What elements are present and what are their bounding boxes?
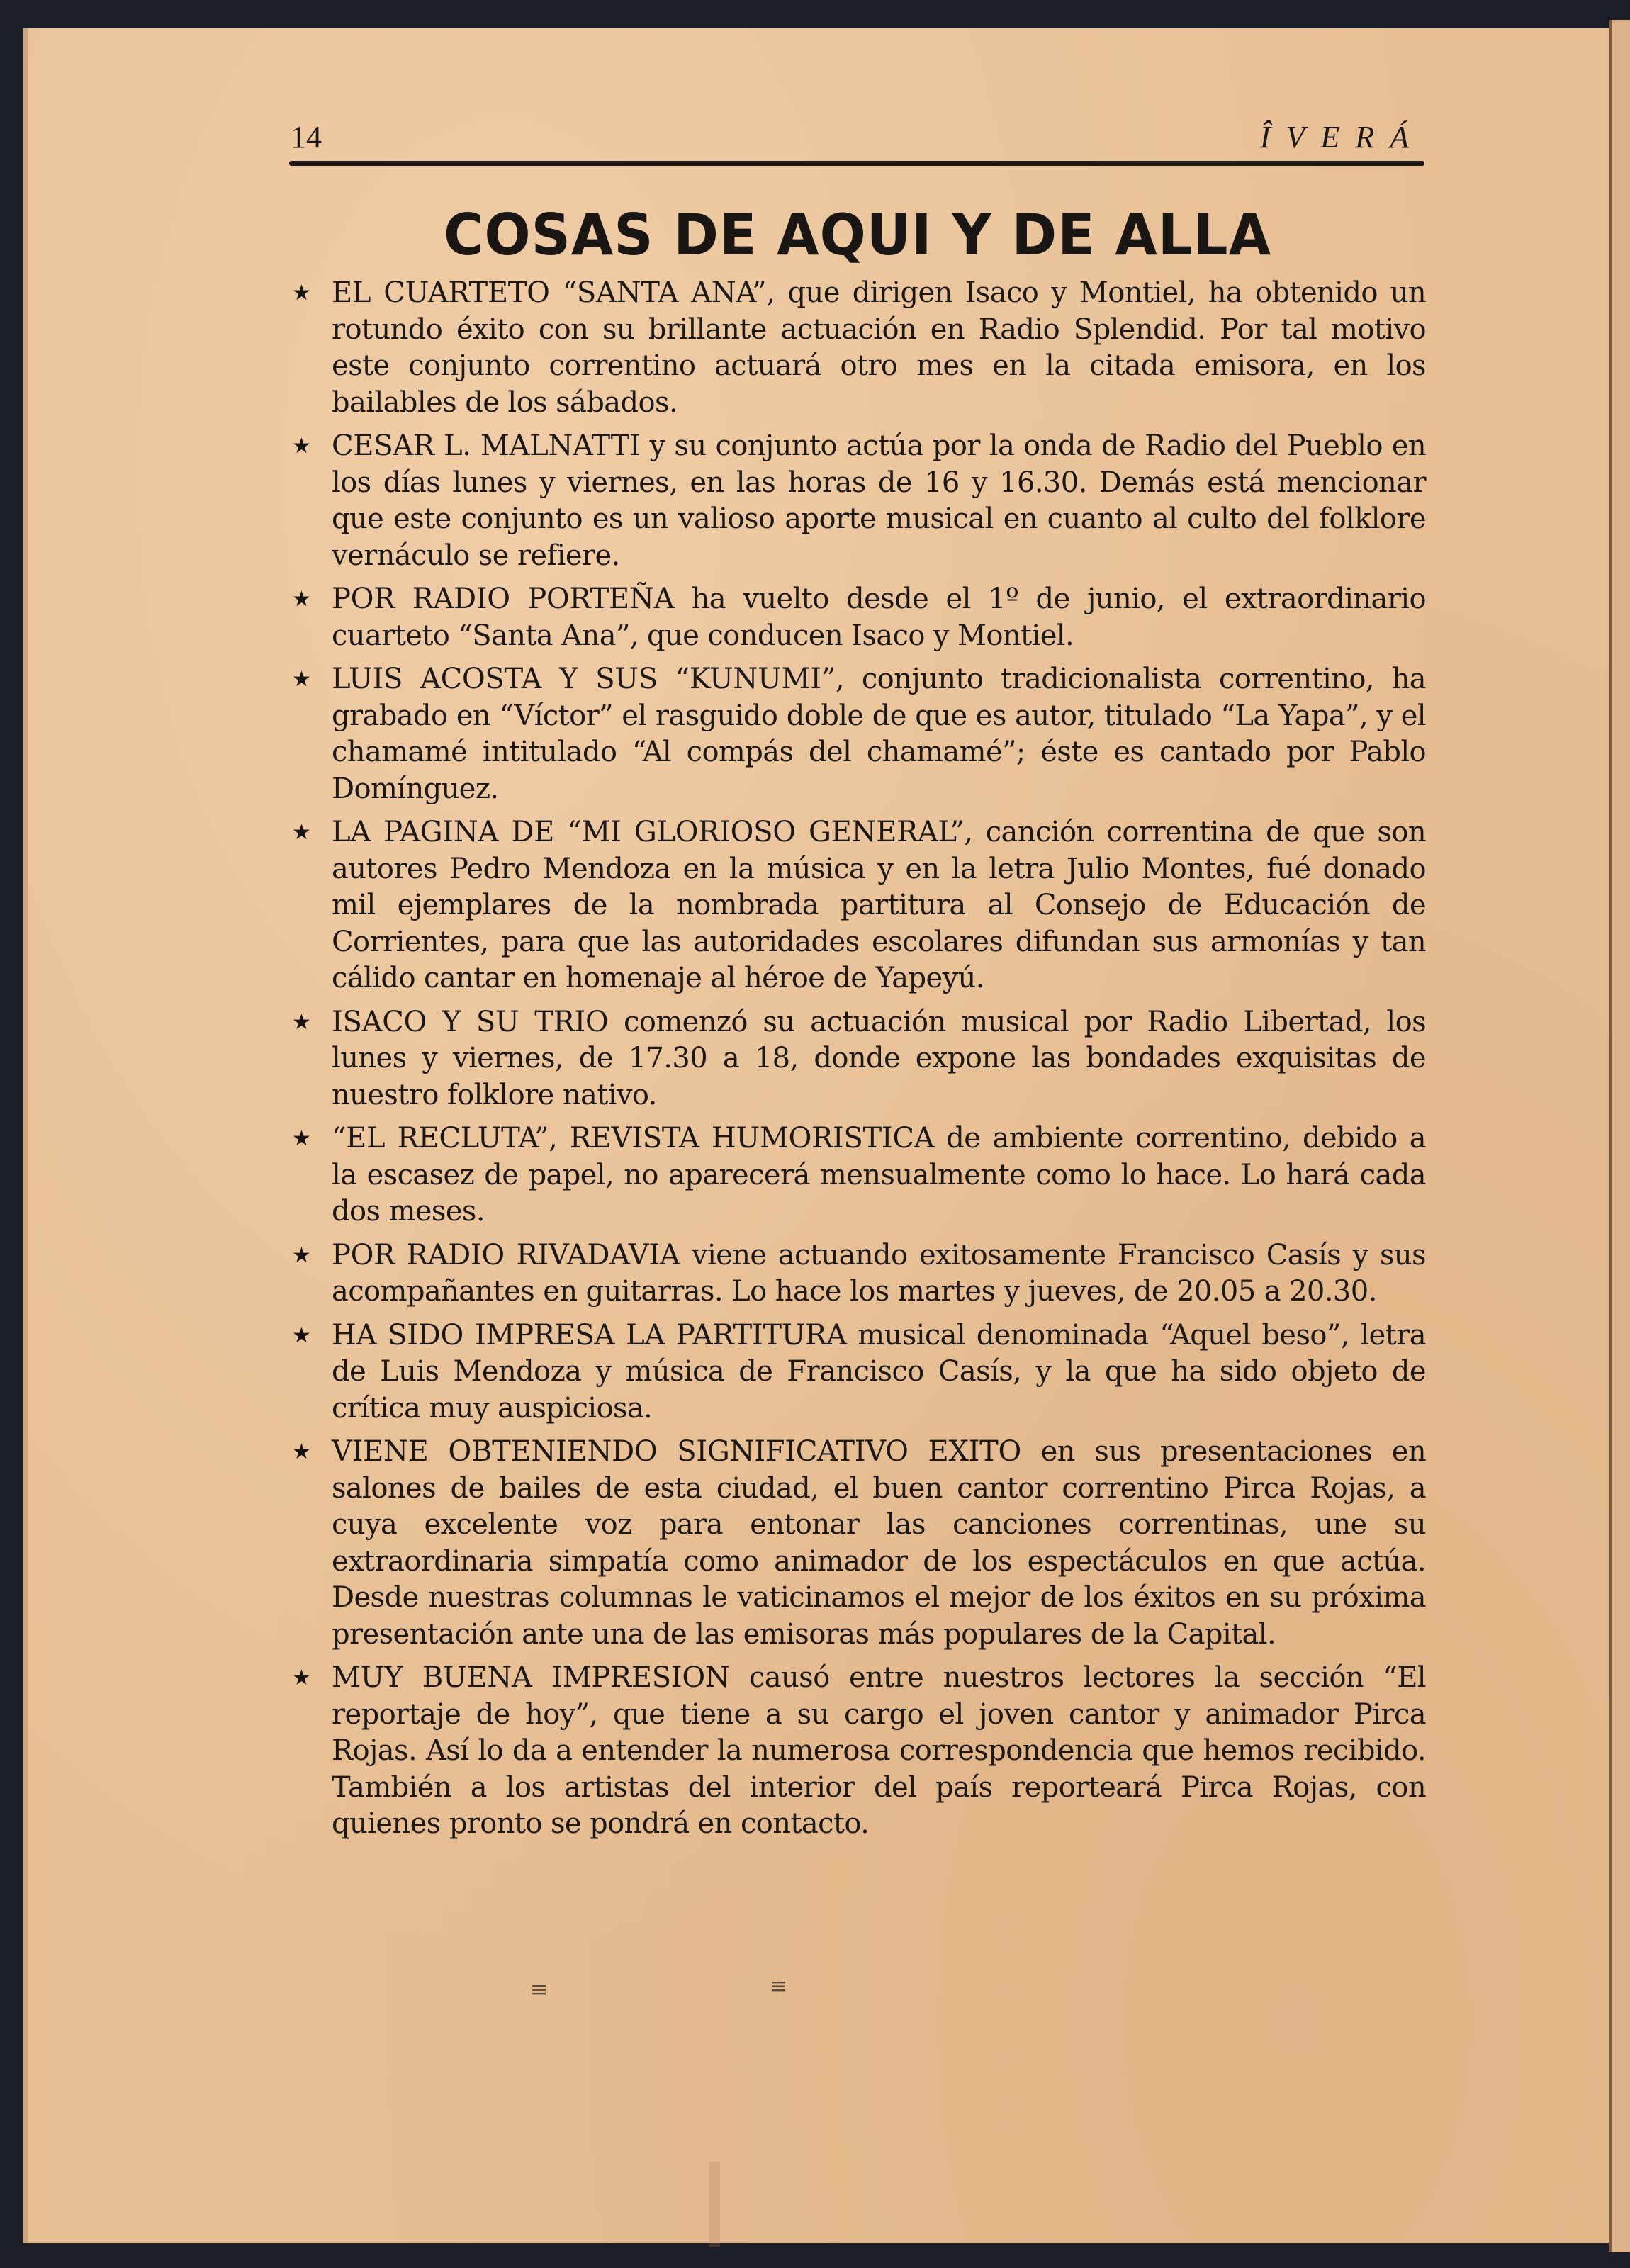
news-item-lead: ISACO Y SU TRIO (332, 1006, 608, 1038)
star-bullet-icon: ★ (292, 1237, 310, 1274)
news-item-lead: LUIS ACOSTA Y SUS “KUNUMI”, (332, 663, 844, 695)
news-item-lead: VIENE OBTENIENDO SIGNIFICATIVO EXITO (332, 1435, 1021, 1468)
star-bullet-icon: ★ (292, 814, 310, 851)
news-item: ★ ISACO Y SU TRIO comenzó su actuación m… (292, 1004, 1426, 1114)
page-header: 14 ÎVERÁ (291, 119, 1424, 162)
star-bullet-icon: ★ (292, 1318, 310, 1354)
next-page-edge (1609, 20, 1630, 2252)
news-item: ★ MUY BUENA IMPRESION causó entre nuestr… (292, 1660, 1426, 1843)
news-item-lead: EL CUARTETO “SANTA ANA”, (332, 276, 775, 309)
news-list: ★ EL CUARTETO “SANTA ANA”, que dirigen I… (292, 275, 1426, 1850)
news-item-lead: LA PAGINA DE “MI GLORIOSO GENERAL”, (332, 816, 973, 848)
star-bullet-icon: ★ (292, 1660, 310, 1697)
news-item: ★ HA SIDO IMPRESA LA PARTITURA musical d… (292, 1318, 1426, 1427)
star-bullet-icon: ★ (292, 661, 310, 698)
news-item-lead: HA SIDO IMPRESA LA PARTITURA (332, 1319, 847, 1352)
news-item-lead: CESAR L. MALNATTI (332, 430, 641, 462)
magazine-name: ÎVERÁ (1260, 119, 1424, 155)
header-rule (289, 161, 1424, 166)
star-bullet-icon: ★ (292, 1434, 310, 1471)
news-item: ★ “EL RECLUTA”, REVISTA HUMORISTICA de a… (292, 1121, 1426, 1230)
news-item-lead: POR RADIO PORTEÑA (332, 583, 674, 615)
star-bullet-icon: ★ (292, 1004, 310, 1041)
news-item-lead: “EL RECLUTA”, REVISTA HUMORISTICA (332, 1122, 934, 1155)
star-bullet-icon: ★ (292, 1121, 310, 1157)
ink-smudge-mark: ≡ (770, 1974, 787, 1999)
news-item: ★ LA PAGINA DE “MI GLORIOSO GENERAL”, ca… (292, 814, 1426, 997)
news-item: ★ POR RADIO PORTEÑA ha vuelto desde el 1… (292, 581, 1426, 654)
news-item: ★ LUIS ACOSTA Y SUS “KUNUMI”, conjunto t… (292, 661, 1426, 807)
news-item-lead: POR RADIO RIVADAVIA (332, 1239, 680, 1271)
star-bullet-icon: ★ (292, 275, 310, 312)
star-bullet-icon: ★ (292, 581, 310, 618)
paper-tear (709, 2162, 720, 2247)
news-item: ★ VIENE OBTENIENDO SIGNIFICATIVO EXITO e… (292, 1434, 1426, 1653)
star-bullet-icon: ★ (292, 428, 310, 465)
news-item-lead: MUY BUENA IMPRESION (332, 1661, 730, 1694)
ink-smudge-mark: ≡ (530, 1977, 548, 2002)
news-item: ★ POR RADIO RIVADAVIA viene actuando exi… (292, 1237, 1426, 1310)
news-item: ★ EL CUARTETO “SANTA ANA”, que dirigen I… (292, 275, 1426, 421)
news-item: ★ CESAR L. MALNATTI y su conjunto actúa … (292, 428, 1426, 574)
article-title: COSAS DE AQUI Y DE ALLA (306, 202, 1408, 268)
page-number: 14 (291, 119, 322, 155)
